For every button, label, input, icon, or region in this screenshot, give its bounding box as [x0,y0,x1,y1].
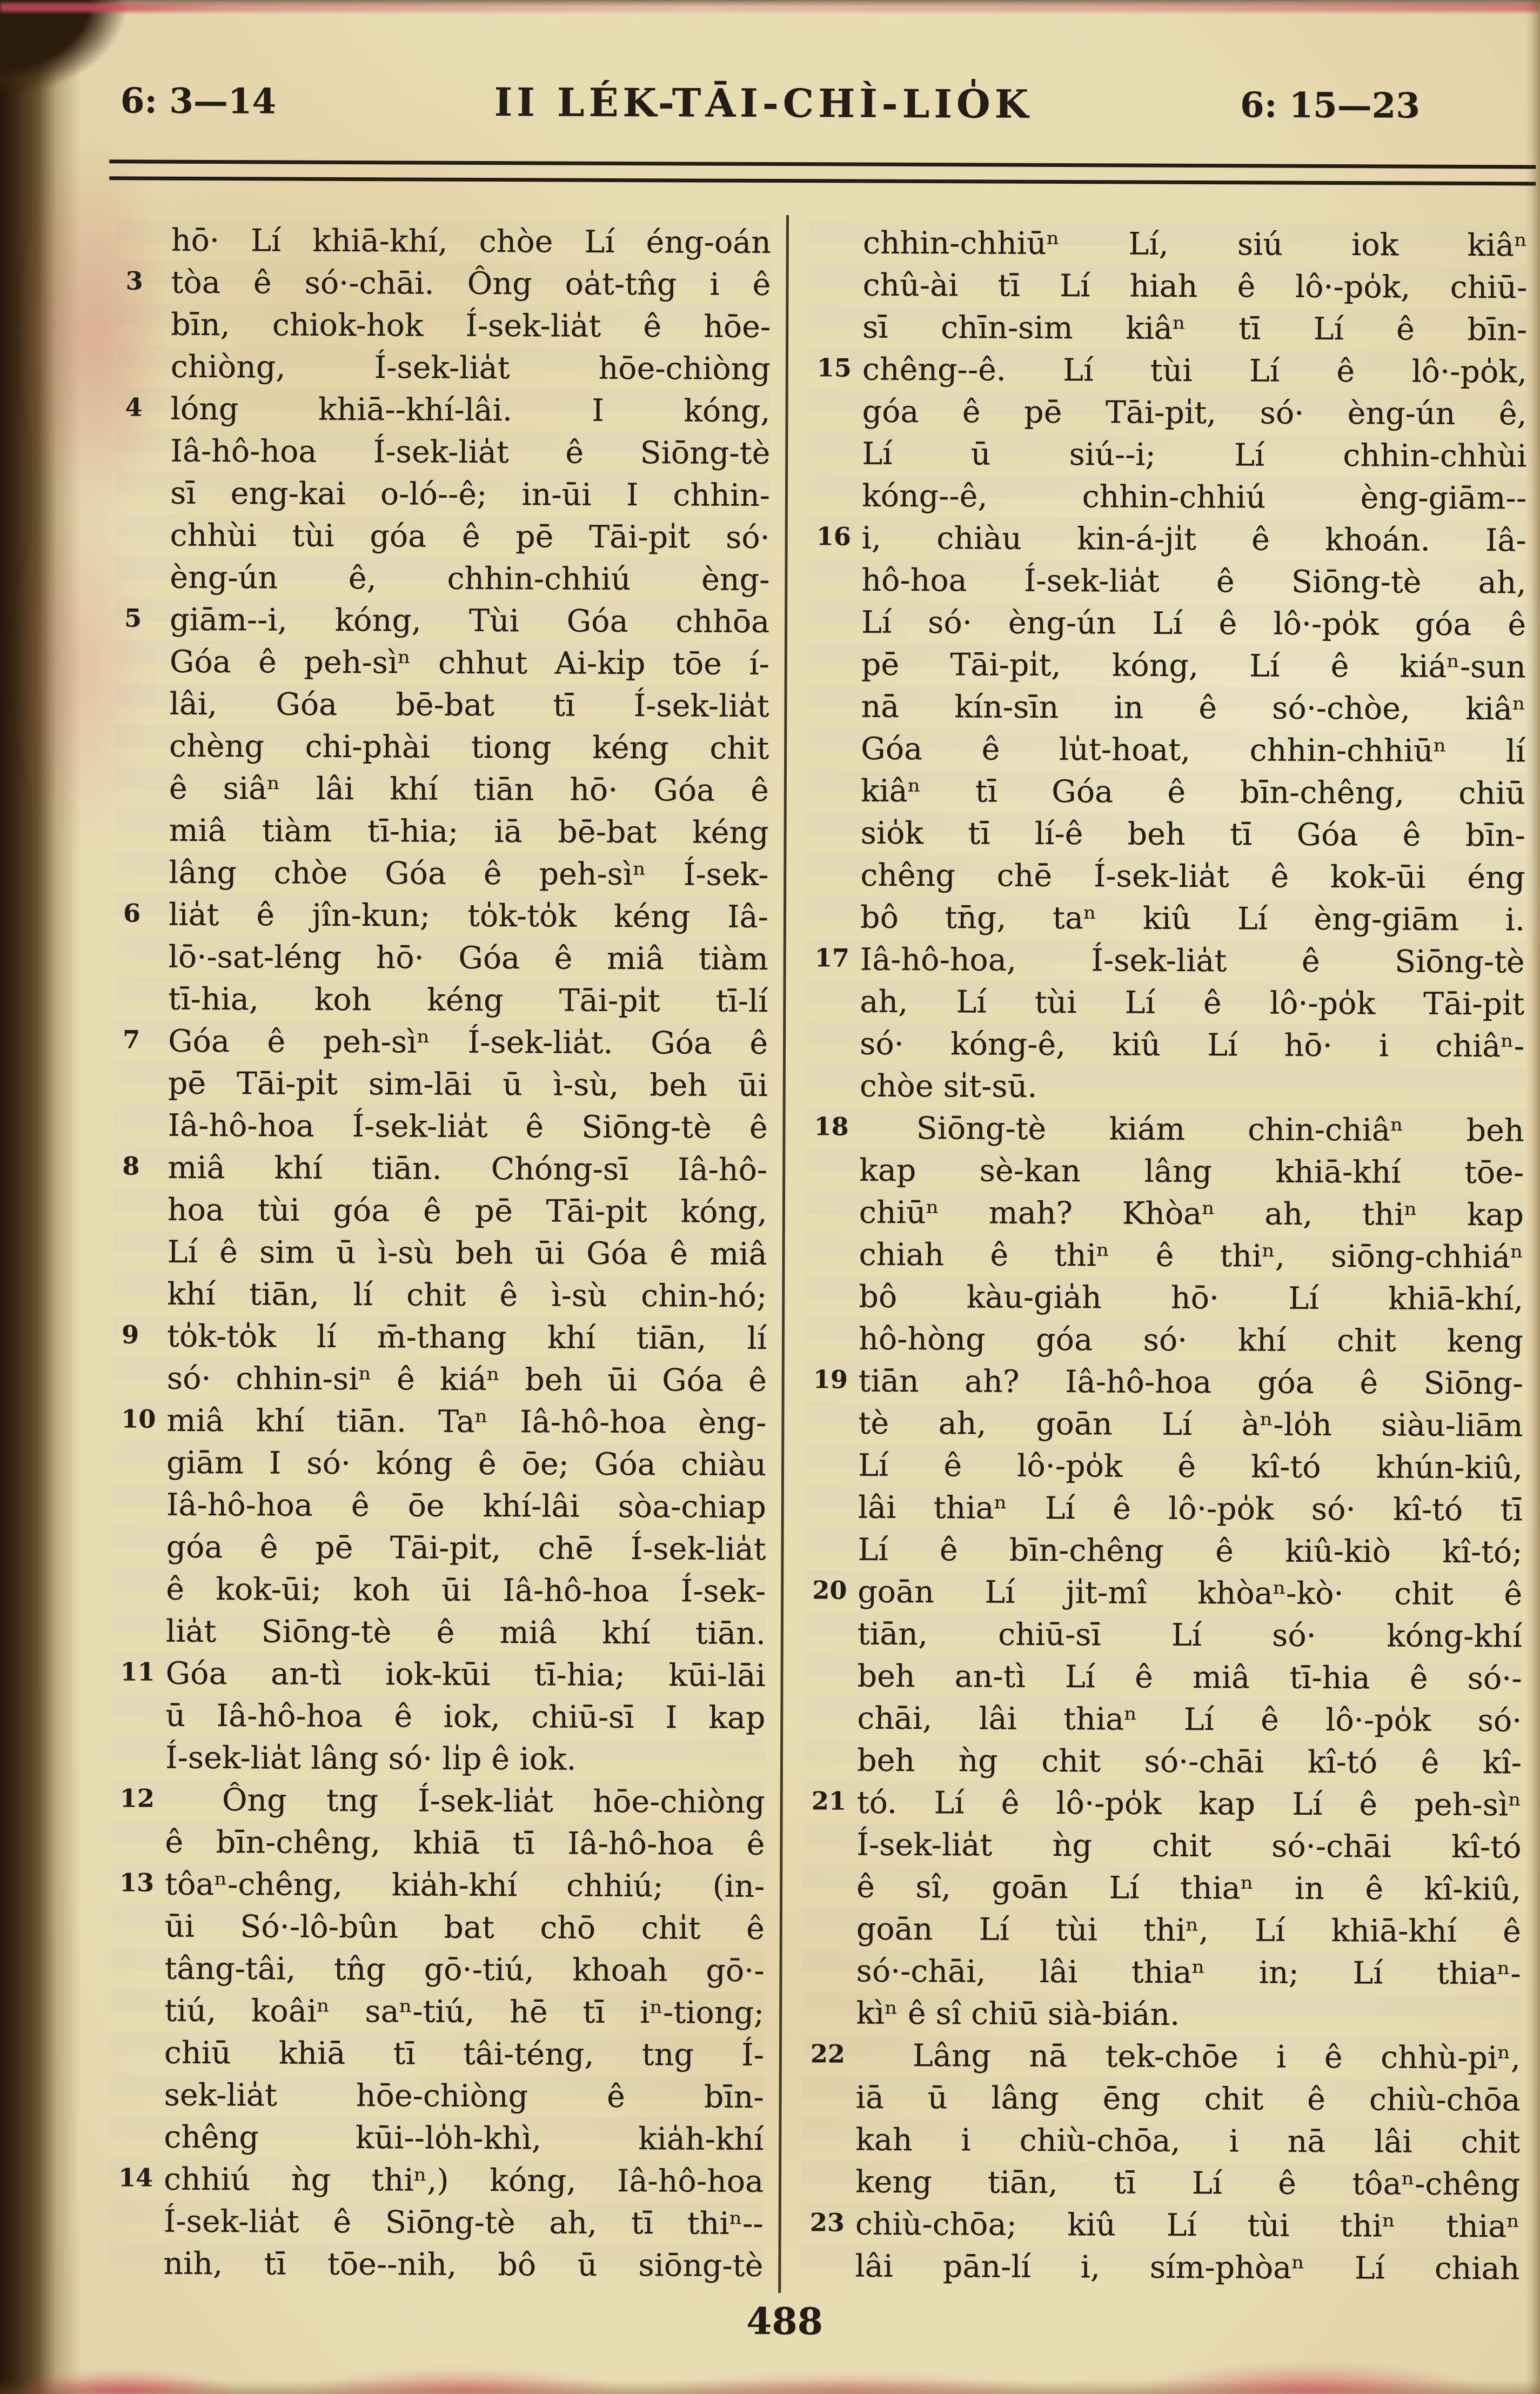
verse-text: chèngchi-phàitiongkéngchit [169,725,769,770]
text-line: chêngchēÍ-sek-lia̍têkok-ūiéng [806,854,1525,899]
verse-number: 17 [806,943,860,972]
verse-text: nih,tītōe--nih,bôūsiōng-tè [163,2243,763,2287]
verse-text: só·kóng-ê,kiûLíhō·ichiâⁿ- [860,1023,1524,1068]
verse-text: lâi,Góabē-battīÍ-sek-lia̍t [169,683,769,727]
text-line: behǹgchitsó·-chāikî-tóêkî- [803,1739,1522,1784]
text-column-right: chhin-chhiūⁿLí,siúiokkiâⁿchû-àitīLíhiahê… [801,222,1528,2290]
text-line: Líêsimūì-sùbehūiGóaêmiâ [113,1231,767,1275]
verse-text: kapsè-kanlângkhiā-khítōe- [859,1149,1524,1194]
verse-text: tiú,koâiⁿsaⁿ-tiú,hētīiⁿ-tiong; [164,1990,764,2034]
text-line: chû-àitīLíhiahêlô·-po̍k,chiū- [808,264,1527,309]
text-line: kapsè-kanlângkhiā-khítōe- [805,1149,1524,1194]
verse-text: miâtiàmtī-hia;iābē-batkéng [169,810,768,854]
verse-text: ah,LítùiLíêlô·-po̍kTāi-pi̍t [860,981,1524,1026]
text-line: khítiān,líchitêì-sùchin-hó; [113,1273,767,1318]
text-line: Í-sek-lia̍têSiōng-tèah,tīthiⁿ-- [110,2200,764,2245]
verse-text: pēTāi-pi̍t,kóng,Líêkiáⁿ-sun [861,644,1526,688]
verse-text: Iâ-hô-hoaÍ-sek-lia̍têSiōng-tè [170,430,770,474]
verse-text: êkok-ūi;kohūiIâ-hô-hoaÍ-sek- [166,1568,766,1613]
verse-text: miâkhítiān.TaⁿIâ-hô-hoaèng- [166,1400,766,1444]
text-line: 15chêng--ê.LítùiLíêlô·-po̍k, [808,348,1527,393]
verse-text: goānLítùithiⁿ,Líkhiā-khíê [856,1908,1521,1953]
text-line: lia̍tSiōng-tèêmiâkhítiān. [112,1610,766,1655]
text-line: iāūlângēngchitêchiù-chōa [801,2076,1520,2121]
verse-text: só·chhin-siⁿêkiáⁿbehūiGóaê [167,1358,767,1402]
verse-text: nākín-sīninêsó·-chòe,kiâⁿ [861,686,1525,731]
text-line: bôtn̄g,taⁿkiûLíèng-giāmi. [806,896,1525,941]
verse-number: 22 [802,2039,856,2068]
verse-text: tī-hia,kohkéngTāi-pi̍ttī-lí [168,978,768,1022]
text-line: 23chiù-chōa;kiûLítùithiⁿthiaⁿ [801,2203,1520,2248]
verse-number: 4 [116,392,170,422]
text-line: kóng--ê,chhin-chhiúèng-giām-- [808,474,1526,519]
text-line: Í-sek-lia̍t lâng só· li̍p ê iok. [111,1736,765,1781]
verse-text: chiahêthiⁿêthiⁿ,siōng-chhiáⁿ [859,1234,1523,1279]
text-line: lō·-sat-lénghō·Góaêmiâtiàm [115,935,768,980]
text-line: chèngchi-phàitiongkéngchit [115,725,769,770]
verse-text: só·-chāi,lâithiaⁿin;Líthiaⁿ- [856,1950,1521,1995]
text-line: Líūsiú--i;Líchhin-chhùi [808,432,1526,477]
running-header: 6: 3—14 II LÉK-TĀI-CHÌ-LIO̍K 6: 15—23 [4,77,1540,137]
verse-text: hō·Líkhiā-khí,chòeLíéng-oán [171,219,771,264]
text-line: pēTāi-pi̍t,kóng,Líêkiáⁿ-sun [807,643,1526,688]
verse-text: lō·-sat-lénghō·Góaêmiâtiàm [169,936,768,980]
text-line: kengtiān,tīLíêtôaⁿ-chêng [801,2161,1520,2205]
text-line: tèah,goānLíàⁿ-lo̍hsiàu-liām [804,1402,1523,1447]
text-line: hô-hoaÍ-sek-lia̍têSiōng-tèah, [807,559,1526,604]
text-line: 12ÔngtngÍ-sek-lia̍thōe-chiòng [111,1778,765,1823]
verse-text: Í-sek-lia̍têSiōng-tèah,tīthiⁿ-- [164,2201,764,2245]
text-line: sīeng-kaio-ló--ê;in-ūiIchhin- [116,472,770,517]
text-line: chiòng,Í-sek-lia̍thōe-chiòng [117,345,771,390]
text-line: sio̍ktīlí-êbehtīGóaêbīn- [806,812,1525,857]
verse-text: Í-sek-lia̍tǹgchitsó·-chāikî-tó [856,1824,1521,1869]
text-line: behan-tìLíêmiâtī-hiaêsó·- [803,1655,1522,1700]
header-verse-range-right: 6: 15—23 [1240,85,1420,126]
text-line: 22Lângnātek-chōeiêchhù-piⁿ, [802,2034,1521,2079]
text-line: chāi,lâithiaⁿLíêlô·-po̍ksó· [803,1697,1522,1742]
verse-text: khítiān,líchitêì-sùchin-hó; [167,1273,767,1318]
verse-text: Iâ-hô-hoaÍ-sek-lia̍têSiōng-tèê [168,1105,767,1149]
verse-text: chhiúǹgthiⁿ,)kóng,Iâ-hô-hoa [164,2158,764,2203]
verse-text: behan-tìLíêmiâtī-hiaêsó·- [857,1655,1522,1700]
text-line: giāmIsó·kóngêōe;Góachiàu [112,1441,766,1486]
scanned-book-page: 6: 3—14 II LÉK-TĀI-CHÌ-LIO̍K 6: 15—23 hō… [0,0,1540,2394]
text-line: 5giām--i,kóng,TùiGóachhōa [116,598,769,643]
verse-text: Í-sek-lia̍t lâng só· li̍p ê iok. [165,1737,765,1781]
verse-number: 16 [808,521,862,551]
verse-text: sio̍ktīlí-êbehtīGóaêbīn- [860,812,1525,857]
verse-number: 18 [805,1112,859,1141]
verse-text: Lângnātek-chōeiêchhù-piⁿ, [856,2035,1521,2079]
verse-text: iāūlângēngchitêchiù-chōa [855,2077,1520,2122]
verse-text: lâithiaⁿLíêlô·-po̍ksó·kî-tótī [858,1487,1523,1532]
verse-text: Góaêpeh-sìⁿchhutAi-ki̍ptōeí- [170,641,769,685]
verse-text: pēTāi-pi̍tsim-lāiūì-sù,behūi [168,1062,768,1107]
verse-number: 9 [113,1320,167,1349]
verse-text: ÔngtngÍ-sek-lia̍thōe-chiòng [165,1779,765,1823]
text-line: 19tiānah?Iâ-hô-hoagóaêSiōng- [805,1360,1523,1405]
verse-text: bôkàu-gia̍hhō·Líkhiā-khí, [859,1276,1523,1321]
verse-text: i,chiàukin-á-ji̍têkhoán.Iâ- [862,517,1526,562]
verse-number: 23 [801,2208,855,2237]
text-line: chhin-chhiūⁿLí,siúiokkiâⁿ [809,222,1528,266]
text-line: ah,LítùiLíêlô·-po̍kTāi-pi̍t [806,980,1524,1025]
verse-text: hô-hoaÍ-sek-lia̍têSiōng-tèah, [861,559,1526,604]
verse-number: 21 [803,1786,857,1815]
verse-text: tiān,chiū-sīLísó·kóng-khí [858,1613,1522,1658]
text-line: 20goānLíji̍t-mîkhòaⁿ-kò·chitê [804,1570,1522,1615]
verse-text: miâkhítiān.Chóng-sīIâ-hô- [168,1147,767,1191]
verse-number: 3 [117,266,171,295]
text-line: ūiSó·-lô-bûnbatchōchi̍tê [111,1905,765,1950]
verse-text: chiūⁿmah?Khòaⁿah,thiⁿkap [859,1192,1524,1236]
text-line: 8miâkhítiān.Chóng-sīIâ-hô- [113,1146,767,1191]
verse-text: êsî,goānLíthiaⁿinêkî-kiû, [856,1866,1521,1911]
header-verse-range-left: 6: 3—14 [120,81,276,122]
verse-text: Iâ-hô-hoaêōekhí-lâisòa-chiap [166,1484,766,1528]
text-line: Iâ-hô-hoaêōekhí-lâisòa-chiap [112,1483,766,1528]
text-line: 17Iâ-hô-hoa,Í-sek-lia̍têSiōng-tè [806,938,1525,983]
verse-text: góaêpēTāi-pi̍t,chēÍ-sek-lia̍t [166,1526,766,1570]
verse-text: lâipān-líi,sím-phòaⁿLíchiah [855,2245,1519,2290]
text-line: Í-sek-lia̍tǹgchitsó·-chāikî-tó [802,1823,1521,1868]
text-line: só·-chāi,lâithiaⁿin;Líthiaⁿ- [802,1950,1521,1995]
text-line: 11Góaan-tìiok-kūitī-hia;kūi-lāi [111,1652,765,1697]
verse-text: giām--i,kóng,TùiGóachhōa [170,599,769,643]
text-line: 18Siōng-tèkiámchin-chiâⁿbeh [805,1107,1524,1152]
text-line: 13tôaⁿ-chêng,kia̍h-khíchhiú;(in- [111,1863,765,1908]
verse-text: Líêbīn-chêngêkiû-kiòkî-tó; [858,1529,1522,1574]
verse-text: lóngkhiā--khí-lâi.Ikóng, [170,388,770,432]
text-line: chòe si̍t-sū. [806,1065,1524,1109]
verse-text: Líêlô·-po̍kêkî-tókhún-kiû, [858,1445,1523,1489]
text-line: êsî,goānLíthiaⁿinêkî-kiû, [802,1865,1521,1910]
verse-text: Góaan-tìiok-kūitī-hia;kūi-lāi [165,1653,765,1697]
text-line: chiūⁿmah?Khòaⁿah,thiⁿkap [805,1191,1524,1236]
verse-text: tôaⁿ-chêng,kia̍h-khíchhiú;(in- [165,1863,765,1908]
verse-number: 10 [112,1404,166,1433]
text-line: Iâ-hô-hoaÍ-sek-lia̍têSiōng-tè [116,430,770,474]
verse-number: 7 [114,1025,168,1054]
verse-text: sek-lia̍thōe-chiòngêbīn- [164,2074,764,2118]
text-line: Iâ-hô-hoaÍ-sek-lia̍têSiōng-tèê [113,1104,767,1149]
verse-text: hô-hònggóasó·khíchitkeng [859,1318,1523,1363]
verse-text: Siōng-tèkiámchin-chiâⁿbeh [859,1107,1524,1152]
verse-text: hoatùigóaêpēTāi-pi̍tkóng, [168,1189,767,1233]
verse-number: 13 [111,1868,165,1897]
text-line: lâipān-líi,sím-phòaⁿLíchiah [801,2245,1519,2290]
verse-text: Iâ-hô-hoa,Í-sek-lia̍têSiōng-tè [860,939,1525,984]
text-line: 14chhiúǹgthiⁿ,)kóng,Iâ-hô-hoa [110,2158,764,2203]
verse-number: 6 [115,898,169,927]
text-line: ūIâ-hô-hoaêiok,chiū-sīIkap [111,1694,765,1739]
verse-text: lia̍tSiōng-tèêmiâkhítiān. [166,1610,766,1655]
verse-text: Líêsimūì-sùbehūiGóaêmiâ [167,1231,767,1275]
text-line: 4lóngkhiā--khí-lâi.Ikóng, [116,387,770,432]
verse-text: chêngchēÍ-sek-lia̍têkok-ūiéng [860,854,1525,899]
page-title: II LÉK-TĀI-CHÌ-LIO̍K [494,79,1033,127]
text-line: Líêbīn-chêngêkiû-kiòkî-tó; [804,1528,1522,1573]
verse-number: 5 [116,603,170,632]
text-line: bôkàu-gia̍hhō·Líkhiā-khí, [805,1275,1523,1320]
verse-number: 14 [110,2163,164,2192]
verse-text: góaêpēTāi-pi̍t,só·èng-únê, [862,391,1526,436]
verse-text: êbīn-chêng,khiātīIâ-hô-hoaê [165,1821,765,1865]
page-number: 488 [746,2300,823,2344]
text-line: kìⁿ ê sî chiū sià-bián. [802,1992,1521,2037]
text-line: èng-únê,chhin-chhiúèng- [116,556,769,601]
verse-text: tiānah?Iâ-hô-hoagóaêSiōng- [859,1360,1523,1405]
verse-text: to̍k-to̍klím̄-thangkhítiān,lí [167,1315,767,1360]
text-line: tī-hia,kohkéngTāi-pi̍ttī-lí [114,978,768,1022]
verse-text: chiù-chōa;kiûLítùithiⁿthiaⁿ [855,2203,1520,2248]
text-line: nākín-sīninêsó·-chòe,kiâⁿ [807,685,1525,730]
text-line: Líêlô·-po̍kêkî-tókhún-kiû, [804,1444,1523,1489]
text-line: êkok-ūi;kohūiIâ-hô-hoaÍ-sek- [112,1568,766,1613]
text-line: Góaêpeh-sìⁿchhutAi-ki̍ptōeí- [116,640,769,685]
text-line: tiú,koâiⁿsaⁿ-tiú,hētīiⁿ-tiong; [110,1989,764,2034]
verse-text: èng-únê,chhin-chhiúèng- [170,557,769,601]
text-line: chhùitùigóaêpēTāi-pi̍tsó· [116,514,770,559]
verse-text: chāi,lâithiaⁿLíêlô·-po̍ksó· [857,1697,1522,1742]
text-line: kiâⁿtīGóaêbīn-chêng,chiū [807,770,1525,814]
text-line: chiahêthiⁿêthiⁿ,siōng-chhiáⁿ [805,1233,1523,1278]
verse-text: kengtiān,tīLíêtôaⁿ-chêng [855,2161,1520,2206]
verse-text: chhin-chhiūⁿLí,siúiokkiâⁿ [863,222,1528,267]
verse-text: sīeng-kaio-ló--ê;in-ūiIchhin- [170,472,770,517]
verse-number: 15 [808,353,862,382]
text-line: góaêpēTāi-pi̍t,só·èng-únê, [808,390,1526,435]
text-line: 21tó.Líêlô·-po̍kkapLíêpeh-sìⁿ [803,1781,1522,1826]
text-line: lâithiaⁿLíêlô·-po̍ksó·kî-tótī [804,1486,1523,1531]
verse-text: lângchòeGóaêpeh-sìⁿÍ-sek- [169,852,768,896]
verse-text: tó.Líêlô·-po̍kkapLíêpeh-sìⁿ [857,1782,1522,1827]
text-line: chêngkūi--lo̍h-khì,kia̍h-khí [110,2116,764,2161]
verse-text: lia̍têjîn-kun;to̍k-to̍kkéngIâ- [169,894,768,938]
text-line: só·chhin-siⁿêkiáⁿbehūiGóaê [113,1357,767,1402]
verse-number: 8 [113,1151,168,1180]
verse-text: tâng-tâi,tn̂ggō·-tiú,khoahgō·- [164,1948,764,1992]
verse-text: chiūkhiātītâi-téng,tngÍ- [164,2032,764,2076]
text-line: kahichiù-chōa,inālâichit [801,2118,1520,2163]
text-line: pēTāi-pi̍tsim-lāiūì-sù,behūi [114,1062,768,1107]
verse-text: bīn,chiok-hokÍ-sek-lia̍têhōe- [171,304,771,348]
text-line: 3tòaêsó·-chāi.Ôngoa̍t-tn̂giê [117,261,771,306]
text-line: só·kóng-ê,kiûLíhō·ichiâⁿ- [806,1022,1524,1067]
verse-text: tèah,goānLíàⁿ-lo̍hsiàu-liām [858,1402,1523,1447]
verse-text: Líūsiú--i;Líchhin-chhùi [862,433,1526,478]
verse-text: kìⁿ ê sî chiū sià-bián. [856,1992,1521,2037]
verse-text: behǹgchitsó·-chāikî-tóêkî- [857,1740,1522,1784]
text-line: hō·Líkhiā-khí,chòeLíéng-oán [117,219,771,264]
header-double-rule [109,159,1536,185]
verse-text: kahichiù-chōa,inālâichit [855,2119,1520,2164]
verse-number: 20 [804,1575,858,1604]
verse-text: giāmIsó·kóngêōe;Góachiàu [166,1442,766,1486]
text-line: êsiâⁿlâikhítiānhō·Góaê [115,767,769,812]
text-line: Góaêlu̍t-hoat,chhin-chhiūⁿlí [807,727,1525,772]
verse-text: chû-àitīLíhiahêlô·-po̍k,chiū- [862,264,1527,309]
text-line: nih,tītōe--nih,bôūsiōng-tè [109,2242,763,2287]
text-line: miâtiàmtī-hia;iābē-batkéng [115,809,768,854]
text-line: bīn,chiok-hokÍ-sek-lia̍têhōe- [117,303,771,348]
text-line: 7Góaêpeh-sìⁿÍ-sek-lia̍t.Góaê [114,1020,768,1065]
text-line: 6lia̍têjîn-kun;to̍k-to̍kkéngIâ- [115,893,768,938]
verse-text: chiòng,Í-sek-lia̍thōe-chiòng [171,346,771,390]
text-line: lângchòeGóaêpeh-sìⁿÍ-sek- [115,851,768,896]
text-line: hoatùigóaêpēTāi-pi̍tkóng, [113,1188,767,1233]
text-line: tiān,chiū-sīLísó·kóng-khí [804,1613,1522,1657]
text-line: góaêpēTāi-pi̍t,chēÍ-sek-lia̍t [112,1526,766,1570]
text-line: sek-lia̍thōe-chiòngêbīn- [110,2074,764,2118]
text-line: Lísó·èng-únLíêlô·-po̍kgóaê [807,601,1526,646]
verse-text: ūIâ-hô-hoaêiok,chiū-sīIkap [165,1695,765,1739]
verse-text: kóng--ê,chhin-chhiúèng-giām-- [862,475,1526,520]
verse-number: 11 [112,1657,166,1686]
text-line: sīchīn-simkiâⁿtīLíêbīn- [808,306,1527,351]
text-line: lâi,Góabē-battīÍ-sek-lia̍t [115,683,769,727]
text-column-left: hō·Líkhiā-khí,chòeLíéng-oán3tòaêsó·-chāi… [109,219,771,2287]
text-line: 9to̍k-to̍klím̄-thangkhítiān,lí [113,1315,767,1360]
verse-text: Góaêpeh-sìⁿÍ-sek-lia̍t.Góaê [168,1020,768,1065]
text-line: 10miâkhítiān.TaⁿIâ-hô-hoaèng- [112,1399,766,1444]
verse-number: 19 [805,1365,859,1394]
text-line: goānLítùithiⁿ,Líkhiā-khíê [802,1908,1521,1952]
text-line: hô-hònggóasó·khíchitkeng [805,1318,1523,1362]
verse-text: sīchīn-simkiâⁿtīLíêbīn- [862,306,1527,351]
verse-text: tòaêsó·-chāi.Ôngoa̍t-tn̂giê [171,262,771,306]
verse-text: êsiâⁿlâikhítiānhō·Góaê [169,767,769,812]
text-line: êbīn-chêng,khiātīIâ-hô-hoaê [111,1821,765,1865]
verse-text: ūiSó·-lô-bûnbatchōchi̍tê [165,1905,765,1950]
verse-text: kiâⁿtīGóaêbīn-chêng,chiū [861,770,1525,815]
verse-text: goānLíji̍t-mîkhòaⁿ-kò·chitê [858,1571,1522,1616]
verse-text: chòe si̍t-sū. [860,1065,1524,1110]
verse-text: chêng--ê.LítùiLíêlô·-po̍k, [862,349,1527,393]
verse-text: Lísó·èng-únLíêlô·-po̍kgóaê [861,601,1526,646]
text-line: 16i,chiàukin-á-ji̍têkhoán.Iâ- [808,517,1526,561]
verse-number: 12 [111,1783,165,1813]
text-line: chiūkhiātītâi-téng,tngÍ- [110,2031,764,2076]
verse-text: bôtn̄g,taⁿkiûLíèng-giāmi. [860,897,1525,941]
column-divider-rule [778,215,789,2293]
text-line: tâng-tâi,tn̂ggō·-tiú,khoahgō·- [110,1947,764,1992]
verse-text: chêngkūi--lo̍h-khì,kia̍h-khí [164,2116,764,2161]
verse-text: chhùitùigóaêpēTāi-pi̍tsó· [170,514,770,559]
verse-text: Góaêlu̍t-hoat,chhin-chhiūⁿlí [861,728,1525,773]
